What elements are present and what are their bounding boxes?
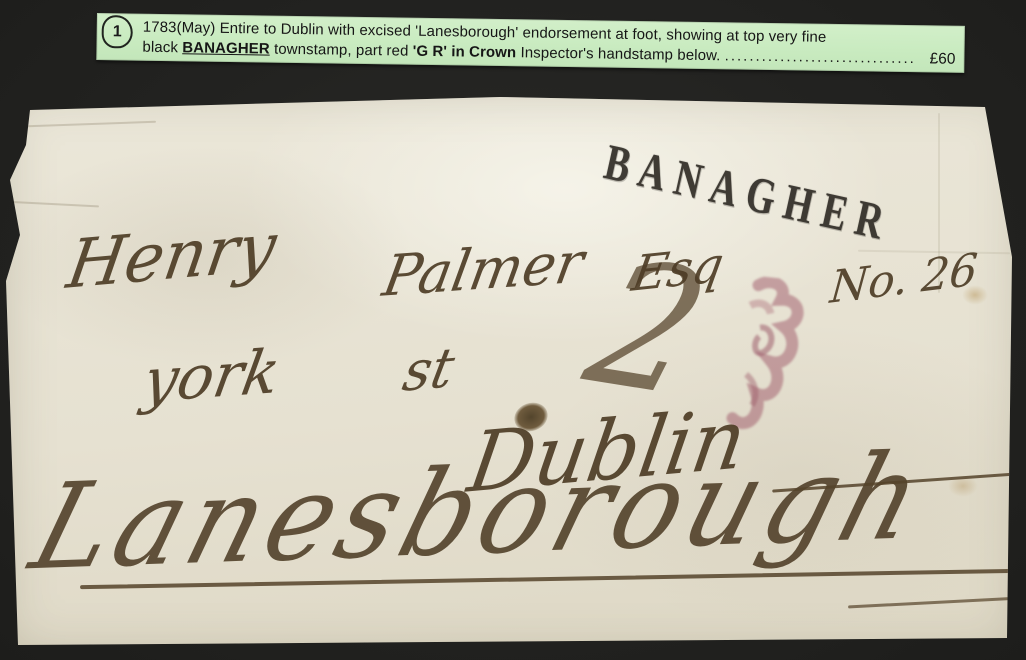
endorsement-strike-tail (848, 597, 1020, 609)
lot-price: £60 (929, 50, 955, 68)
paper-fold-crease (4, 201, 99, 208)
leader-dots: ............................... (725, 47, 916, 67)
manuscript-street-word1: york (138, 337, 285, 417)
paper-fold-crease (26, 121, 156, 128)
manuscript-house-number: No. 26 (828, 244, 980, 314)
manuscript-addressee-first-name: Henry (62, 207, 282, 304)
gr-crown-bold-text: 'G R' in Crown (413, 42, 517, 61)
banagher-bold-text: BANAGHER (182, 39, 270, 57)
lot-description: 1783(May) Entire to Dublin with excised … (142, 18, 956, 69)
lot-number: 1 (113, 23, 122, 41)
catalog-label: 1 1783(May) Entire to Dublin with excise… (96, 13, 965, 73)
lot-number-badge: 1 (101, 15, 132, 48)
manuscript-honorific: Esq (628, 236, 728, 303)
manuscript-street-word2: st (398, 335, 460, 404)
cover-paper: BANAGHER 2 Henry Palmer Esq No. 26 york … (0, 85, 1026, 660)
postal-cover: BANAGHER 2 Henry Palmer Esq No. 26 york … (0, 85, 1026, 660)
manuscript-addressee-surname: Palmer (378, 230, 589, 310)
